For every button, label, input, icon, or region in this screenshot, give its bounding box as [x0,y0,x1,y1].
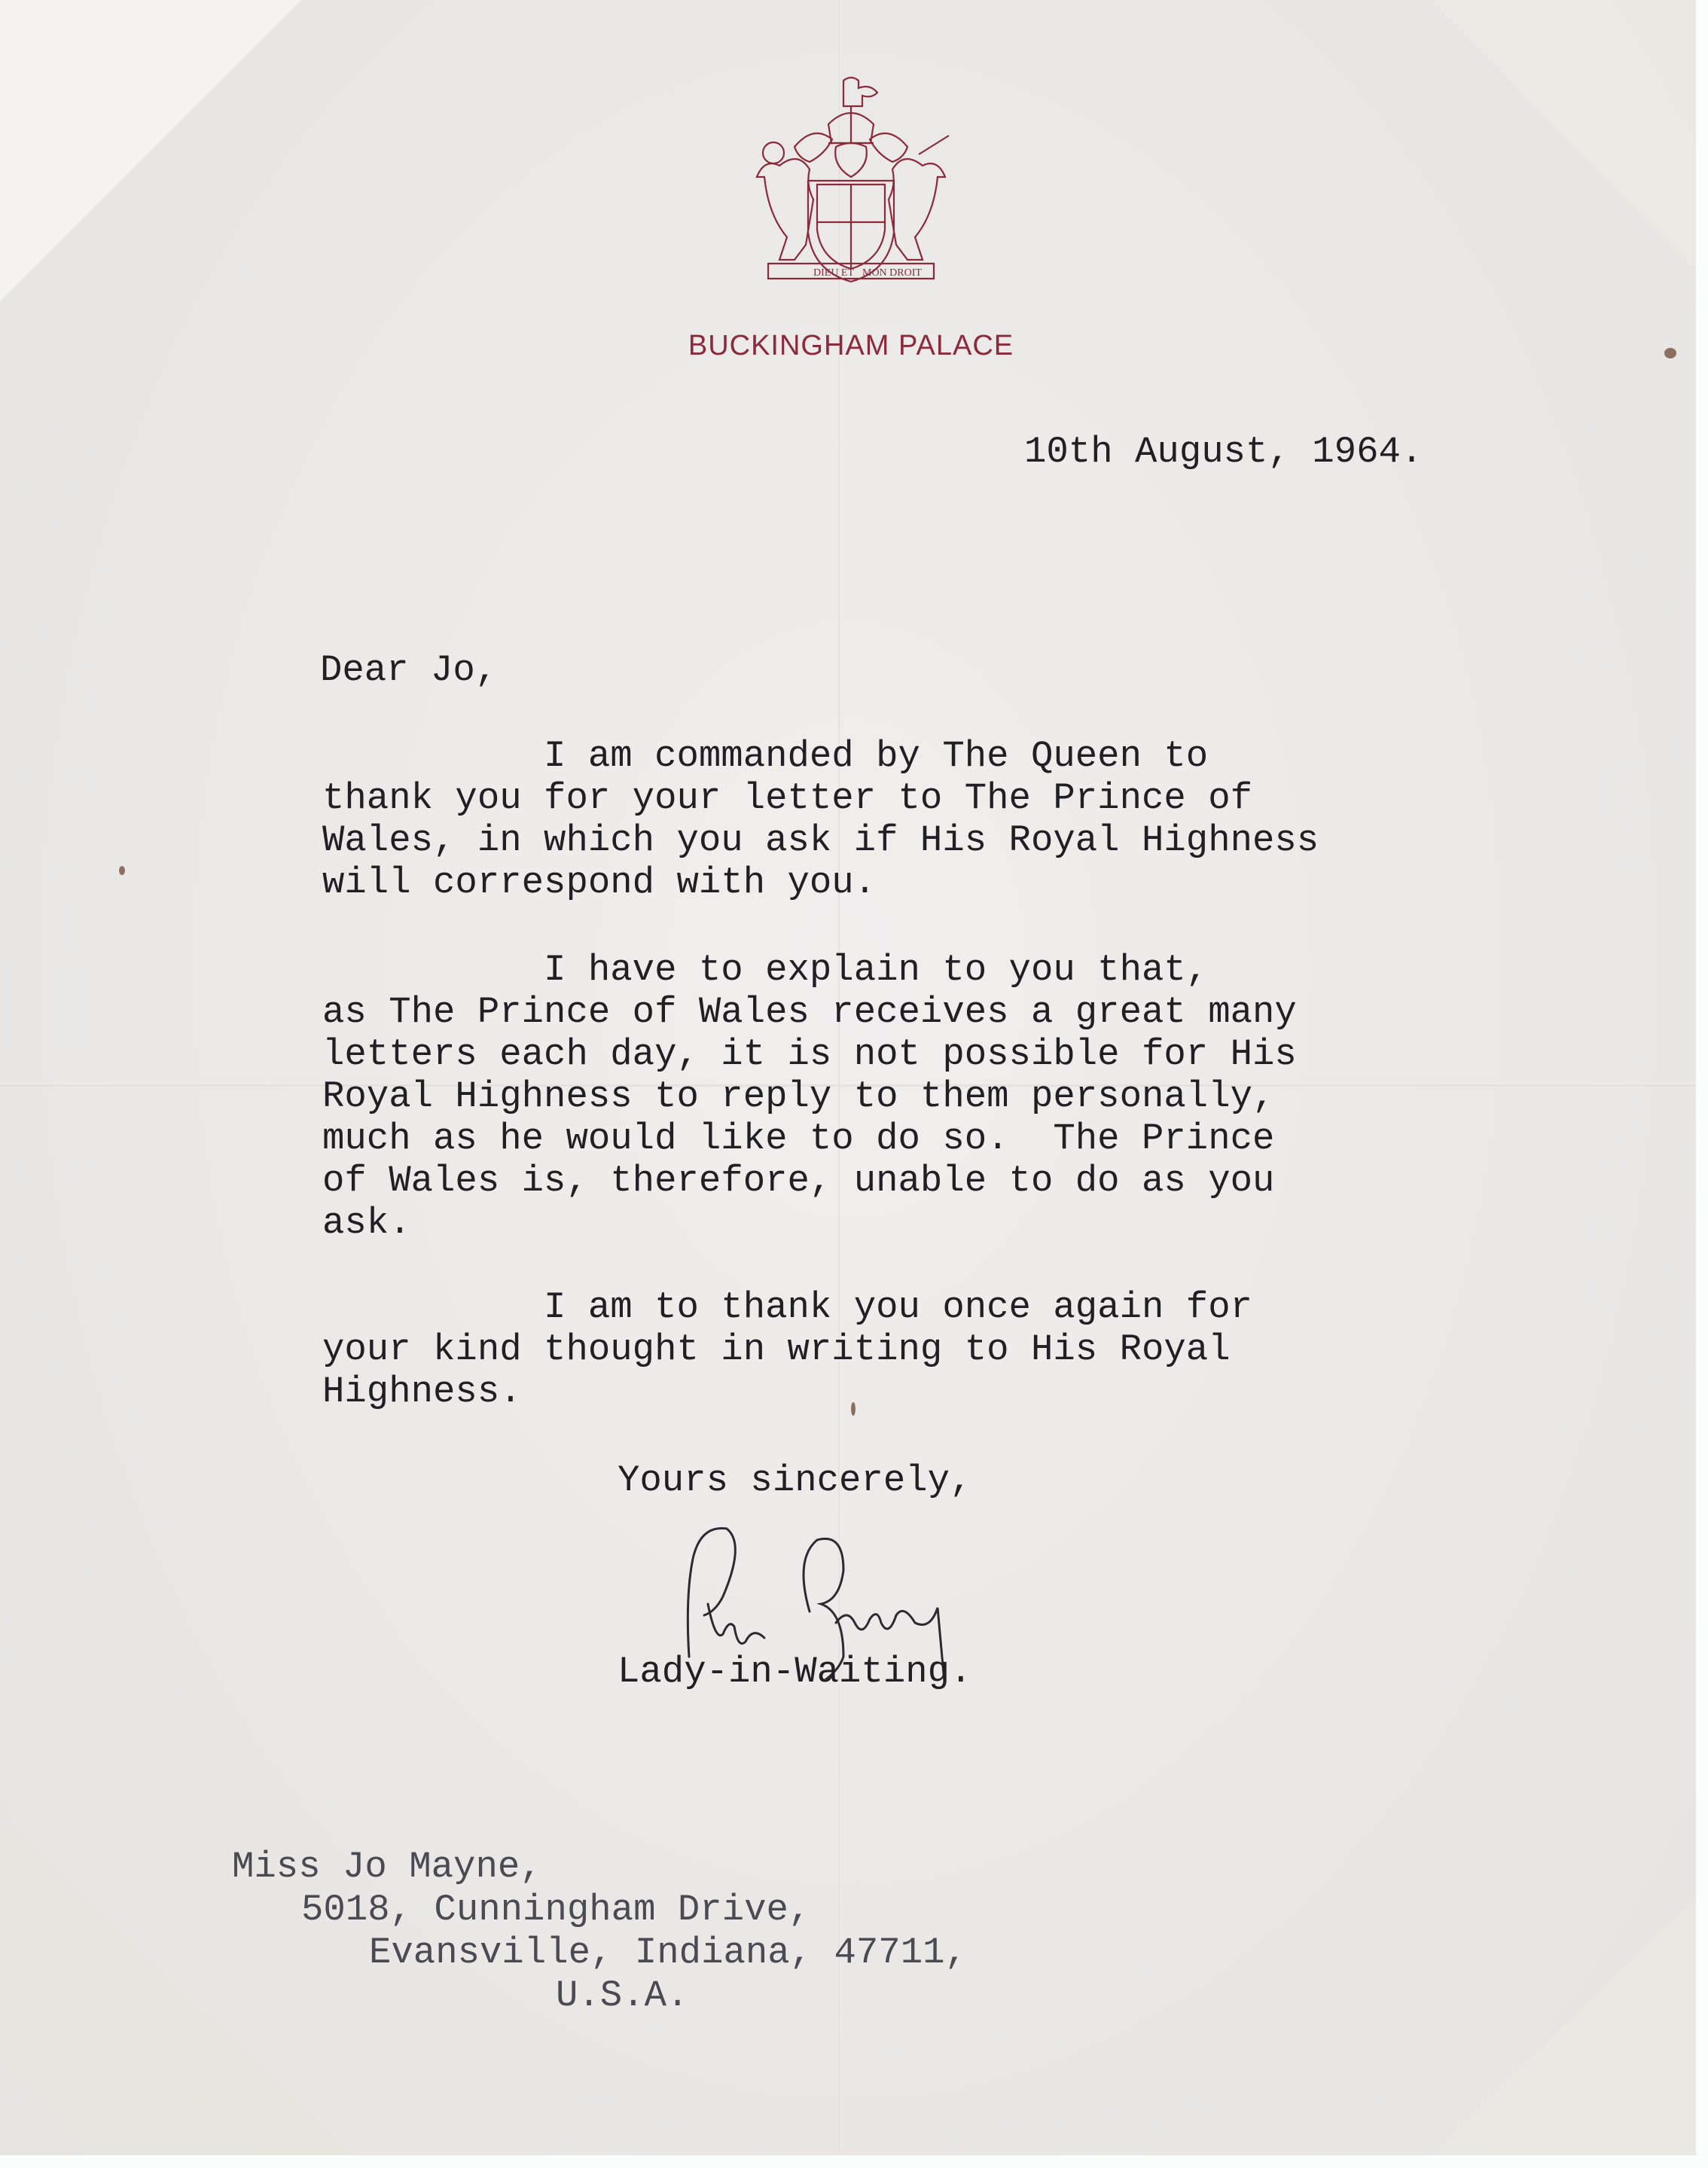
paragraph-line: Wales, in which you ask if His Royal Hig… [322,822,1319,859]
stain-mark [851,1402,856,1416]
signatory-title: Lady-in-Waiting. [618,1654,971,1691]
paragraph-line: ask. [322,1205,411,1242]
address-city: Evansville, Indiana, 47711, [369,1935,967,1971]
letter-date: 10th August, 1964. [1024,434,1423,471]
address-street: 5018, Cunningham Drive, [301,1892,810,1929]
paragraph-line: your kind thought in writing to His Roya… [322,1331,1231,1368]
svg-text:MON DROIT: MON DROIT [862,267,922,279]
salutation: Dear Jo, [320,652,497,689]
paragraph-line: thank you for your letter to The Prince … [322,780,1252,817]
paragraph-line: much as he would like to do so. The Prin… [322,1121,1274,1157]
letterhead-title: BUCKINGHAM PALACE [640,330,1062,362]
svg-text:DIEU ET: DIEU ET [813,267,854,279]
paragraph-line: letters each day, it is not possible for… [322,1036,1297,1073]
paragraph-line: will correspond with you. [322,864,876,901]
stain-mark [1664,348,1676,358]
stain-mark [119,866,125,875]
address-country: U.S.A. [556,1977,688,2014]
address-name: Miss Jo Mayne, [232,1849,542,1886]
paragraph-line: I am to thank you once again for [322,1289,1252,1326]
paragraph-line: I am commanded by The Queen to [322,738,1208,775]
paragraph-line: Royal Highness to reply to them personal… [322,1078,1274,1115]
paragraph-line: I have to explain to you that, [322,952,1208,989]
paragraph-line: Highness. [322,1374,522,1410]
closing: Yours sincerely, [618,1462,971,1499]
royal-coat-of-arms-icon: DIEU ET MON DROIT [742,72,960,290]
paragraph-line: of Wales is, therefore, unable to do as … [322,1163,1274,1200]
paragraph-line: as The Prince of Wales receives a great … [322,994,1297,1031]
svg-text:Rose Baring: Rose Baring [678,1514,682,1514]
